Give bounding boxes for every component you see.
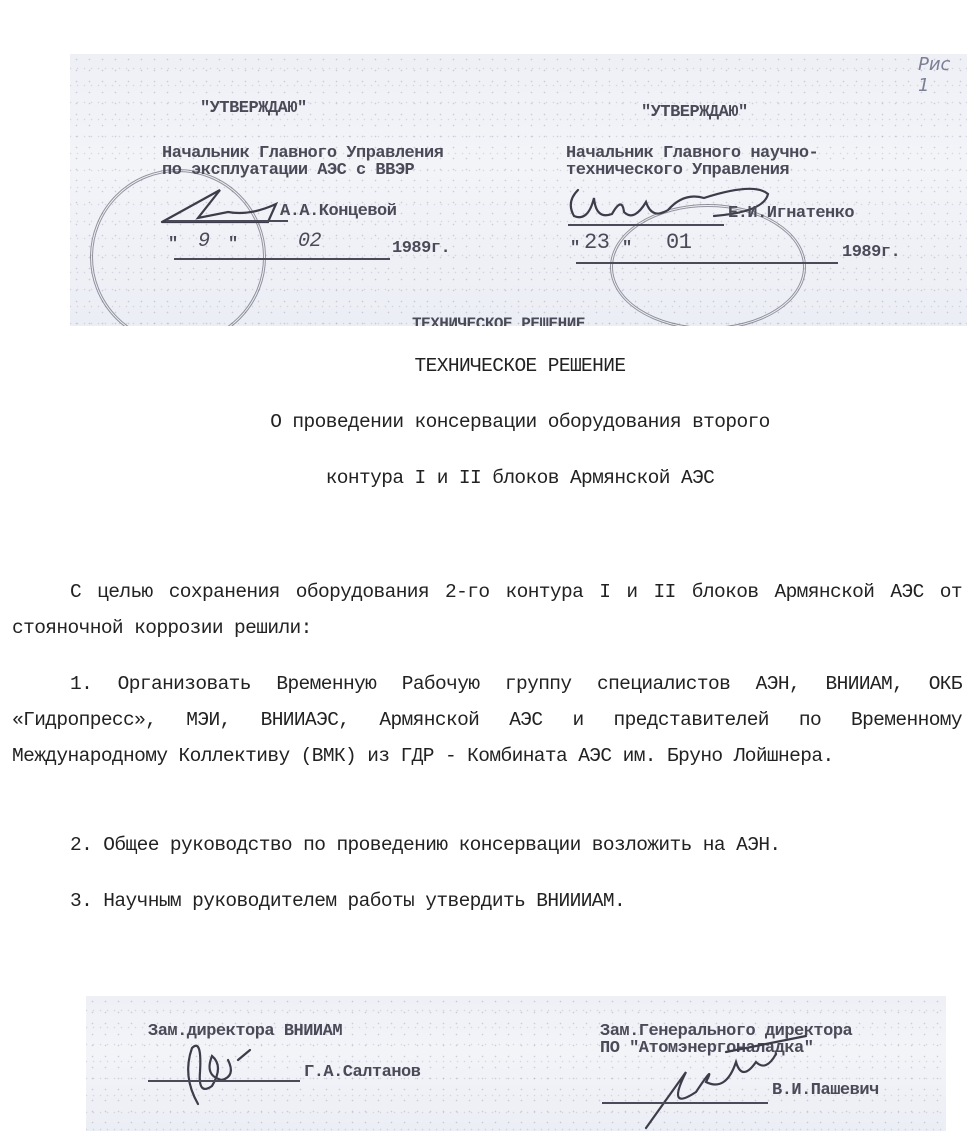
left-footer-handwritten-signature	[178, 1036, 258, 1108]
date-quote-open: "	[168, 236, 178, 253]
right-approval-date-day: 23	[584, 234, 609, 251]
left-date-underline	[174, 258, 390, 260]
decision-item-1: 1. Организовать Временную Рабочую группу…	[12, 666, 962, 774]
right-approval-title-line1: Начальник Главного научно-	[566, 145, 818, 162]
date-quote-close: "	[622, 240, 632, 257]
left-approval-date-year: 1989г.	[392, 240, 450, 257]
decision-item-2: 2. Общее руководство по проведению консе…	[12, 827, 962, 863]
intro-paragraph: С целью сохранения оборудования 2-го кон…	[12, 574, 962, 646]
left-signer-name: Г.А.Салтанов	[304, 1064, 420, 1081]
left-approval-signatory: А.А.Концевой	[280, 203, 396, 220]
right-signer-name: В.И.Пашевич	[772, 1082, 879, 1099]
left-approval-title-line1: Начальник Главного Управления	[162, 145, 443, 162]
decision-item-3: 3. Научным руководителем работы утвердит…	[12, 883, 962, 919]
document-subtitle-line2: контура I и II блоков Армянской АЭС	[0, 467, 975, 489]
cut-off-scan-title: ТЕХНИЧЕСКОЕ РЕШЕНИЕ	[412, 316, 585, 326]
right-approval-date-year: 1989г.	[842, 244, 900, 261]
left-signature-line	[166, 220, 288, 222]
document-subtitle-line1: О проведении консервации оборудования вт…	[0, 411, 975, 433]
right-approval-date-month: 01	[666, 234, 691, 251]
left-approval-date-month: 02	[298, 233, 321, 250]
right-footer-signature-line	[602, 1102, 768, 1104]
signature-scan-footer: Зам.директора ВНИИАМ Г.А.Салтанов Зам.Ге…	[86, 996, 946, 1131]
right-signature-line	[568, 224, 724, 226]
left-approval-heading: "УТВЕРЖДАЮ"	[200, 100, 307, 117]
right-date-underline	[576, 262, 838, 264]
date-quote-close: "	[228, 236, 238, 253]
approval-scan-header: Рис 1 "УТВЕРЖДАЮ" Начальник Главного Упр…	[70, 54, 967, 326]
date-quote-open: "	[570, 240, 580, 257]
document-title: ТЕХНИЧЕСКОЕ РЕШЕНИЕ	[0, 355, 975, 377]
left-approval-date-day: 9	[198, 233, 210, 250]
corner-handwritten-note: Рис 1	[918, 54, 967, 96]
left-approval-title-line2: по эксплуатации АЭС с ВВЭР	[162, 162, 414, 179]
left-footer-signature-line	[148, 1080, 300, 1082]
right-approval-signatory: Е.И.Игнатенко	[728, 205, 854, 222]
right-approval-heading: "УТВЕРЖДАЮ"	[641, 104, 748, 121]
